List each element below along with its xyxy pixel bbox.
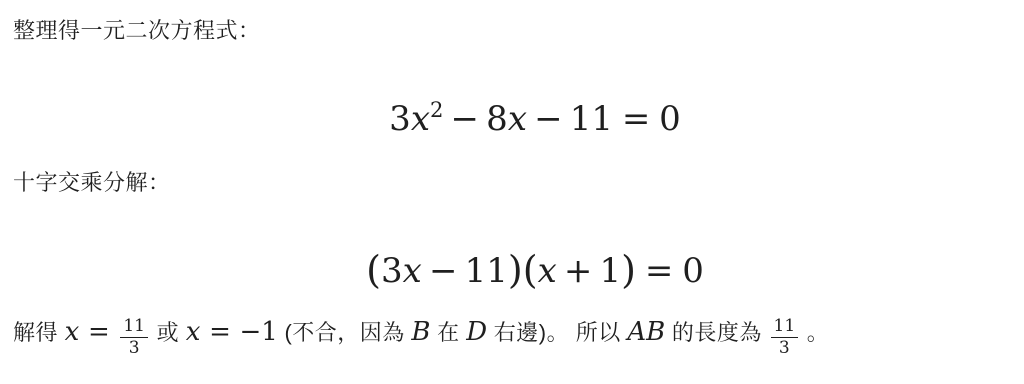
math-solution-document: 整理得一元二次方程式： 3x2−8x−11=0 十字交乘分解： (3x−11)(… — [0, 16, 1024, 357]
math-equals: = — [88, 317, 110, 347]
math-equals: = — [645, 251, 674, 291]
paragraph-solution: 解得 x = 113 或 x = −1 (不合，因為 B 在 D 右邊)。 所以… — [0, 309, 1024, 357]
math-equals: = — [622, 99, 651, 139]
math-exponent: 2 — [430, 97, 443, 122]
math-operator: − — [534, 99, 563, 139]
equation-factored: (3x−11)(x+1)=0 — [46, 244, 1024, 297]
math-number: 0 — [659, 99, 681, 139]
solution-prefix: 解得 — [13, 320, 58, 345]
fraction-numerator: 11 — [120, 318, 148, 338]
length-phrase: 的長度為 — [672, 320, 762, 345]
math-variable: x — [403, 251, 422, 291]
math-operator: − — [451, 99, 480, 139]
or-word: 或 — [157, 320, 180, 345]
math-number: 8 — [486, 99, 508, 139]
rejection-note-open: (不合，因為 — [284, 320, 404, 345]
math-paren: ( — [366, 248, 381, 292]
math-equals: = — [209, 317, 231, 347]
math-number-negative-one: −1 — [239, 317, 277, 347]
paragraph-factoring: 十字交乘分解： — [0, 168, 1024, 198]
math-variable: x — [508, 99, 527, 139]
math-number: 1 — [600, 251, 622, 291]
fraction-eleven-thirds: 113 — [771, 318, 799, 357]
math-segment-ab: AB — [627, 317, 665, 347]
equation-quadratic: 3x2−8x−11=0 — [46, 93, 1024, 145]
math-number: 0 — [682, 251, 704, 291]
fraction-denominator: 3 — [120, 338, 148, 357]
math-number: 3 — [389, 99, 411, 139]
conclusion-word: 所以 — [576, 320, 621, 345]
math-paren: ) — [621, 248, 636, 292]
math-operator: − — [429, 251, 458, 291]
fraction-numerator: 11 — [771, 318, 799, 338]
math-variable-x: x — [65, 317, 80, 347]
at-word: 在 — [437, 320, 460, 345]
fraction-denominator: 3 — [771, 338, 799, 357]
math-operator: + — [564, 251, 593, 291]
math-variable: x — [411, 99, 430, 139]
full-stop: 。 — [807, 320, 830, 345]
math-variable-d: D — [466, 317, 487, 347]
math-variable: x — [538, 251, 557, 291]
math-variable-x: x — [186, 317, 201, 347]
math-variable-b: B — [411, 317, 430, 347]
rejection-note-close: 右邊)。 — [494, 320, 569, 345]
math-number: 3 — [381, 251, 403, 291]
math-number: 11 — [465, 251, 508, 291]
math-paren: )( — [508, 248, 538, 292]
math-number: 11 — [570, 99, 613, 139]
paragraph-setup: 整理得一元二次方程式： — [0, 16, 1024, 46]
fraction-eleven-thirds: 113 — [120, 318, 148, 357]
